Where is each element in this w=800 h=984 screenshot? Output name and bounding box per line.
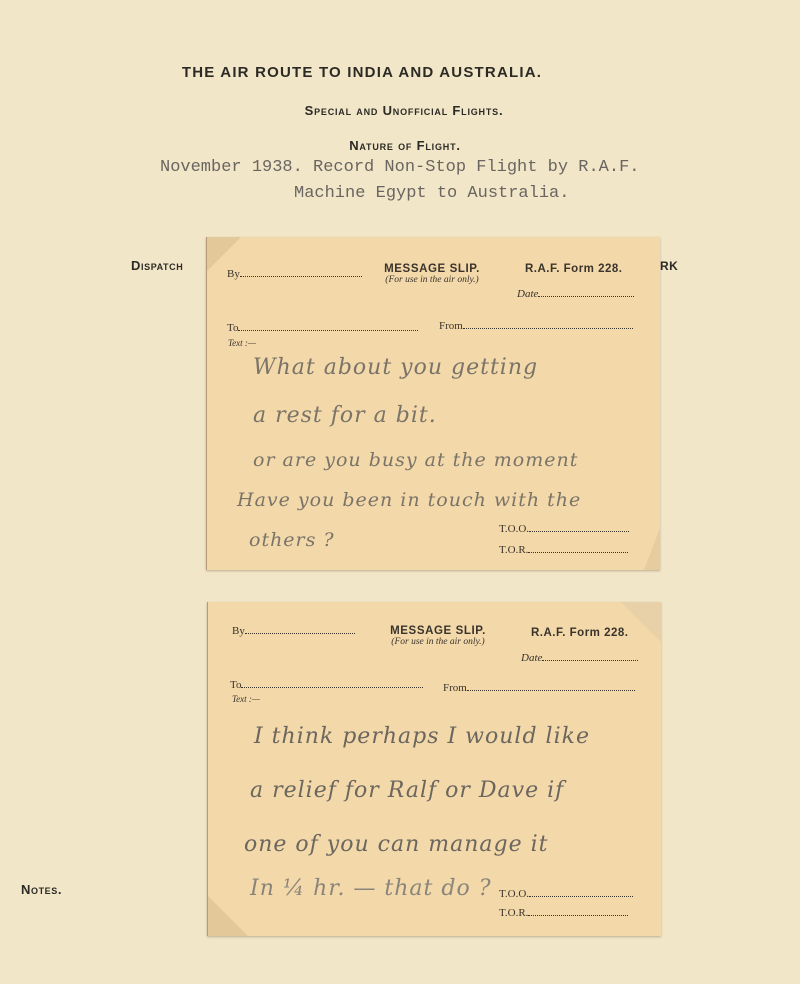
slip-heading: MESSAGE SLIP. (For use in the air only.) [373,625,503,647]
page-subtitle: Special and Unofficial Flights. [0,103,800,118]
handwriting-line: a relief for Ralf or Dave if [250,778,564,803]
to-field: To [230,678,423,691]
handwriting-line: others ? [249,529,335,551]
by-field: By [227,267,362,280]
by-field: By [232,624,355,637]
tor-field: T.O.R. [499,543,628,556]
corner-fold [208,896,248,936]
text-label: Text :— [232,694,260,704]
dispatch-label: Dispatch [131,258,183,273]
from-field: From [439,319,633,332]
notes-label: Notes. [21,882,62,897]
to-field: To [227,321,418,334]
too-field: T.O.O. [499,887,633,900]
tor-field: T.O.R. [499,906,628,919]
nature-line-1: November 1938. Record Non-Stop Flight by… [160,158,639,177]
corner-fold [207,237,241,271]
handwriting-line: one of you can manage it [244,832,548,857]
date-field: Date [521,651,638,664]
handwriting-line: In ¼ hr. — that do ? [250,876,492,901]
corner-fold [644,528,660,570]
handwriting-line: Have you been in touch with the [237,489,581,511]
rk-label: RK [660,259,678,273]
handwriting-line: I think perhaps I would like [254,724,590,749]
text-label: Text :— [228,338,256,348]
handwriting-line: a rest for a bit. [253,403,437,428]
nature-heading: Nature of Flight. [0,138,800,153]
too-field: T.O.O. [499,522,629,535]
handwriting-line: or are you busy at the moment [253,449,578,471]
page-title: THE AIR ROUTE TO INDIA AND AUSTRALIA. [0,64,724,81]
from-field: From [443,681,635,694]
handwriting-line: What about you getting [253,355,538,380]
slip-heading: MESSAGE SLIP. (For use in the air only.) [367,263,497,285]
date-field: Date [517,287,634,300]
message-slip-2: By MESSAGE SLIP. (For use in the air onl… [207,602,661,936]
message-slip-1: By MESSAGE SLIP. (For use in the air onl… [206,237,660,570]
nature-line-2: Machine Egypt to Australia. [294,184,569,203]
form-number: R.A.F. Form 228. [531,627,628,639]
form-number: R.A.F. Form 228. [525,263,622,275]
